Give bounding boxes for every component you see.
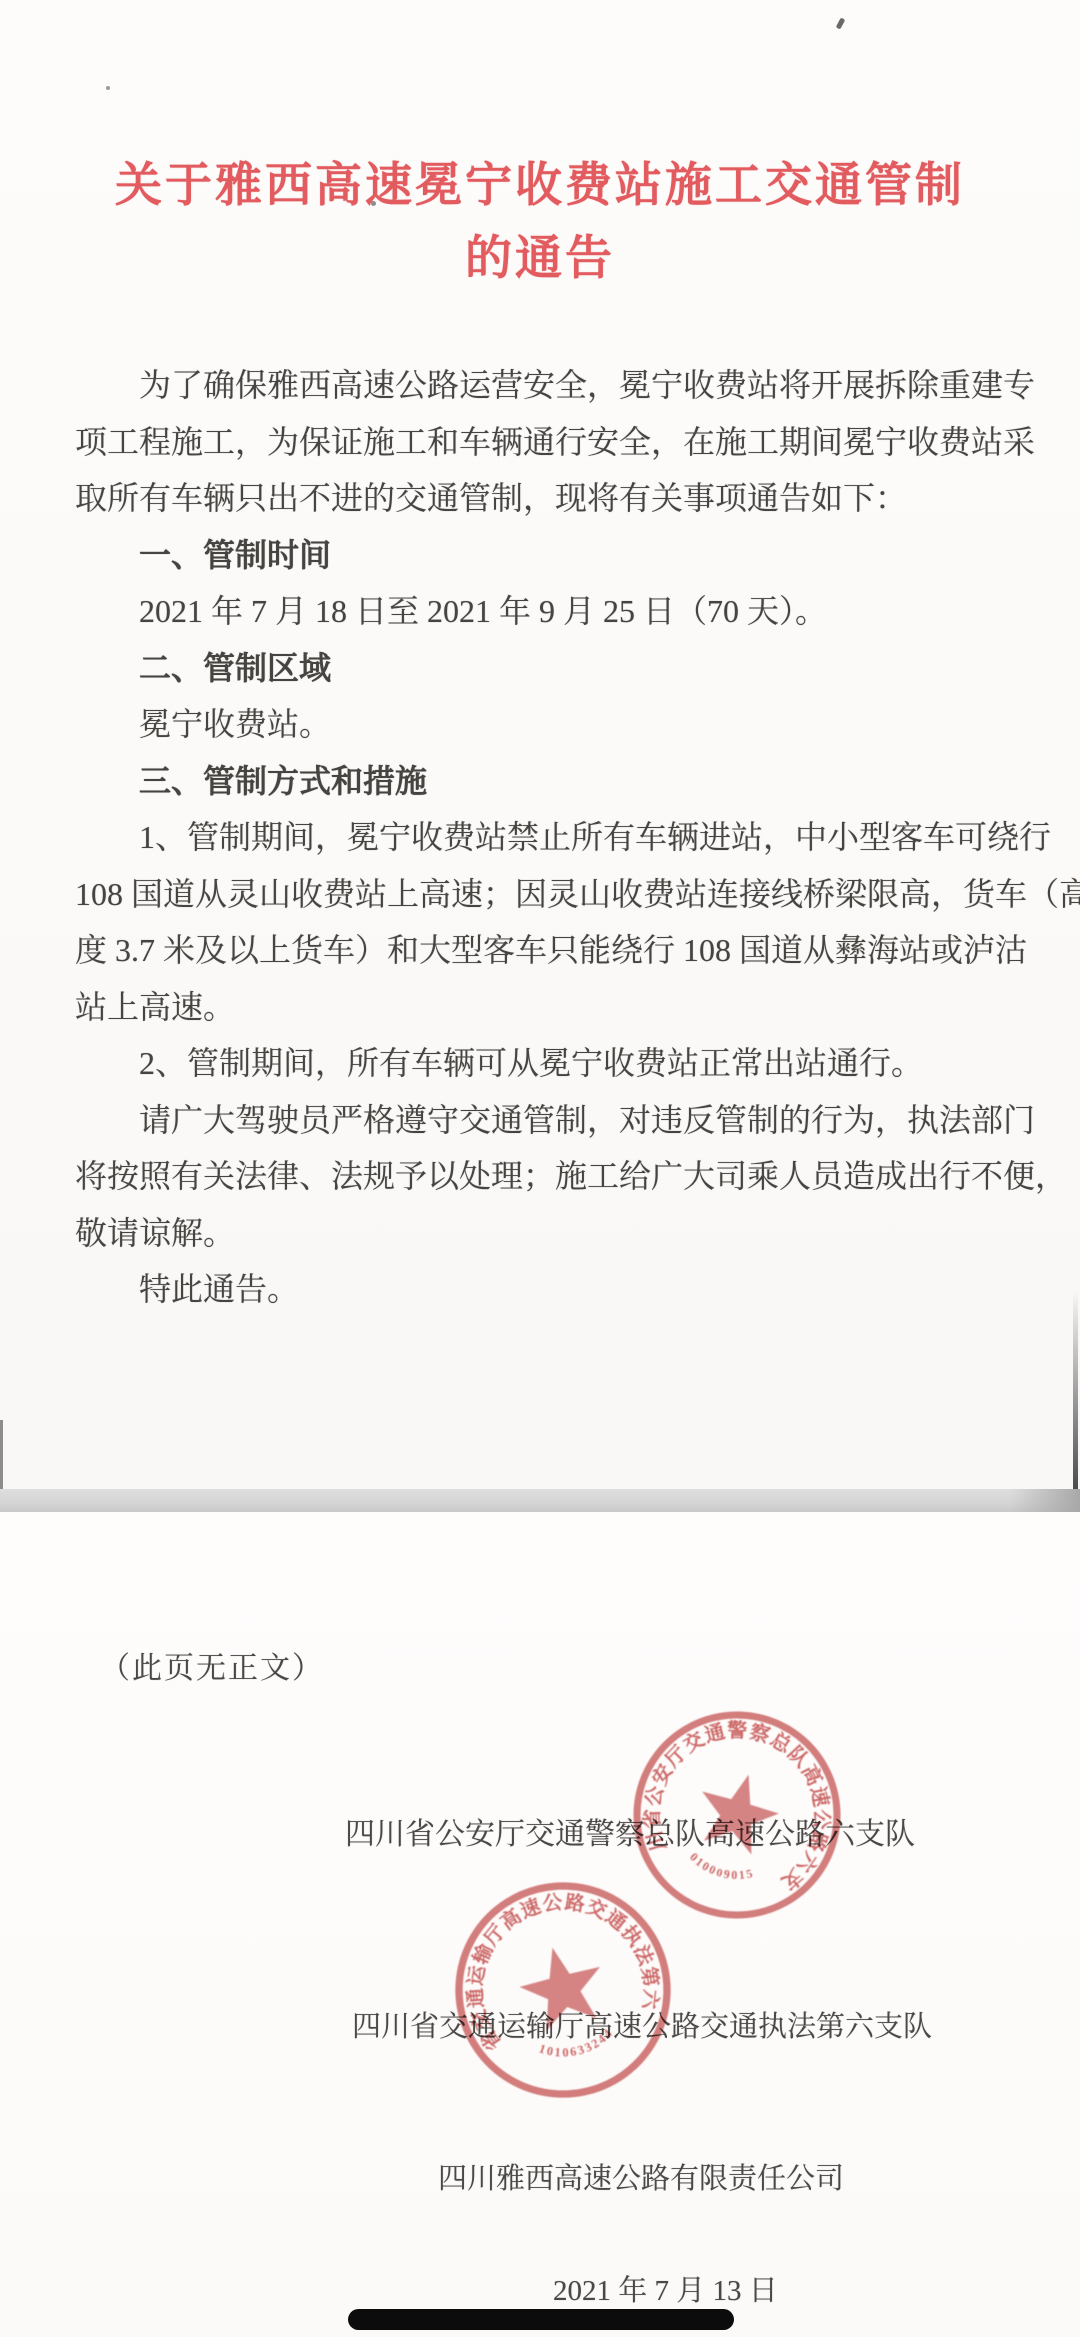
page-separator-shadow (1010, 1489, 1080, 1512)
notice-date: 2021 年 7 月 13 日 (553, 2268, 778, 2309)
section-heading: 一、管制时间 (75, 527, 1025, 584)
page-separator (0, 1489, 1080, 1512)
body-line: 站上高速。 (75, 979, 1025, 1036)
body-line: 度 3.7 米及以上货车）和大型客车只能绕行 108 国道从彝海站或泸沽 (75, 922, 1025, 979)
scan-speck (371, 201, 376, 206)
notice-body: 为了确保雅西高速公路运营安全，冕宁收费站将开展拆除重建专 项工程施工，为保证施工… (75, 357, 1025, 1318)
no-body-text-note: （此页无正文） (100, 1643, 324, 1687)
body-line: 项工程施工，为保证施工和车辆通行安全，在施工期间冕宁收费站采 (75, 414, 1025, 471)
body-line: 冕宁收费站。 (75, 696, 1025, 753)
section-heading: 二、管制区域 (75, 640, 1025, 697)
body-line: 2、管制期间，所有车辆可从冕宁收费站正常出站通行。 (75, 1035, 1025, 1092)
body-line: 2021 年 7 月 18 日至 2021 年 9 月 25 日（70 天）。 (75, 583, 1025, 640)
section-heading: 三、管制方式和措施 (75, 753, 1025, 810)
signature-expressway-company: 四川雅西高速公路有限责任公司 (438, 2156, 844, 2197)
seal-circular-text: 四川省交通运输厅高速公路交通执法第六支队 (405, 1832, 670, 2067)
redaction-bar (348, 2309, 734, 2330)
notice-page-2: （此页无正文） 四川省公安厅交通警察总队高速公路六支队 四川省交通运输厅高速公路… (0, 1512, 1080, 2337)
body-line: 特此通告。 (75, 1261, 1025, 1318)
notice-title-line-1: 关于雅西高速冕宁收费站施工交通管制 (0, 148, 1080, 215)
page-edge-shadow (0, 1420, 3, 1490)
body-line: 1、管制期间，冕宁收费站禁止所有车辆进站，中小型客车可绕行 (75, 809, 1025, 866)
seal-number: 510106332446 (405, 1843, 619, 2090)
svg-text:510106332446: 510106332446 (405, 1843, 619, 2090)
body-line: 取所有车辆只出不进的交通管制，现将有关事项通告如下： (75, 470, 1025, 527)
body-line: 请广大驾驶员严格遵守交通管制，对违反管制的行为，执法部门 (75, 1092, 1025, 1149)
page-edge-shadow (1073, 1290, 1078, 1490)
notice-title-line-2: 的通告 (0, 221, 1080, 288)
svg-text:四川省交通运输厅高速公路交通执法第六支队: 四川省交通运输厅高速公路交通执法第六支队 (405, 1832, 670, 2067)
notice-page-1: 关于雅西高速冕宁收费站施工交通管制 的通告 为了确保雅西高速公路运营安全，冕宁收… (0, 0, 1080, 1490)
scan-speck (106, 86, 110, 90)
body-line: 为了确保雅西高速公路运营安全，冕宁收费站将开展拆除重建专 (75, 357, 1025, 414)
seal-star-icon (689, 1764, 787, 1859)
seal-star-icon (512, 1938, 612, 2035)
body-line: 108 国道从灵山收费站上高速；因灵山收费站连接线桥梁限高，货车（高 (75, 866, 1025, 923)
body-line: 敬请谅解。 (75, 1205, 1025, 1262)
body-line: 将按照有关法律、法规予以处理；施工给广大司乘人员造成出行不便， (75, 1148, 1025, 1205)
scanned-notice-document: 关于雅西高速冕宁收费站施工交通管制 的通告 为了确保雅西高速公路运营安全，冕宁收… (0, 0, 1080, 2337)
